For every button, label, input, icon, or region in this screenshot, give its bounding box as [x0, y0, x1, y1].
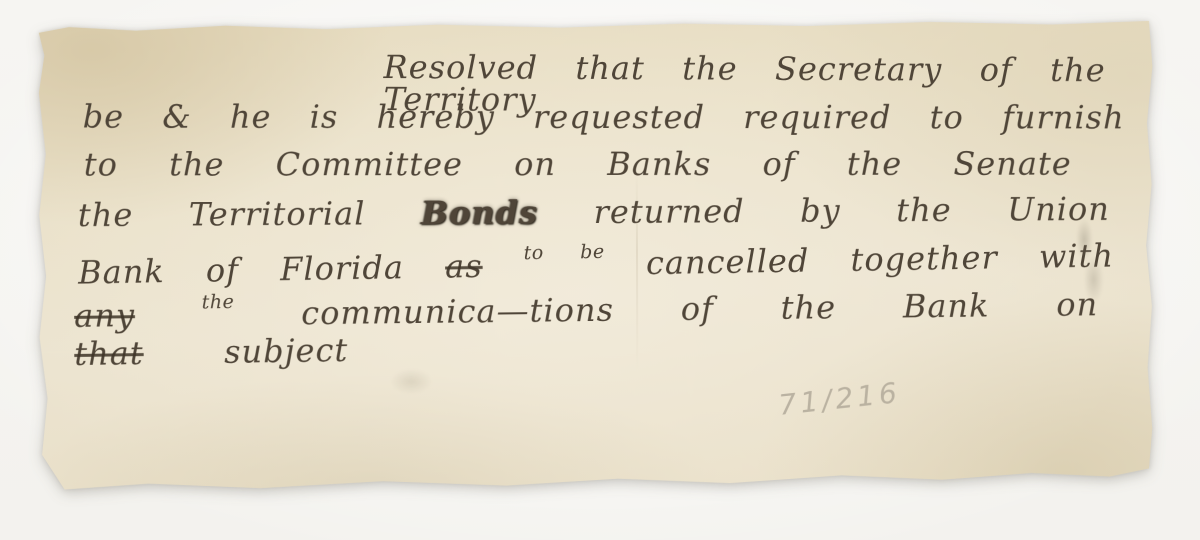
manuscript-line-6: any the communica—tions of the Bank on: [74, 283, 1098, 332]
photo-backdrop: Resolved that the Secretary of the Terri…: [0, 0, 1200, 540]
handwritten-text: Bank of Florida: [78, 248, 404, 291]
manuscript-paper: Resolved that the Secretary of the Terri…: [35, 20, 1154, 493]
struck-through-word: as: [445, 247, 483, 286]
handwritten-text: subject: [224, 331, 349, 371]
struck-through-word: that: [74, 334, 144, 373]
struck-through-word: any: [74, 296, 135, 335]
manuscript-line-5: Bank of Florida as to be cancelled toget…: [78, 234, 1114, 288]
archival-number: 71/216: [777, 376, 902, 422]
manuscript-line-4: the Territorial Bonds returned by the Un…: [78, 193, 1110, 231]
handwritten-text: returned by the Union: [593, 190, 1110, 231]
handwritten-text: to the Committee on Banks of the Senate: [84, 145, 1072, 184]
handwritten-text: cancelled together with: [646, 236, 1115, 282]
handwritten-text: be & he is hereby requested required to …: [83, 98, 1125, 137]
interlinear-insertion: the: [202, 291, 235, 313]
handwritten-text: the Territorial: [78, 194, 366, 234]
paper-shadow-wrapper: Resolved that the Secretary of the Terri…: [35, 20, 1154, 493]
ink-bleedthrough-smudge: [1066, 210, 1112, 310]
manuscript-line-3: to the Committee on Banks of the Senate: [84, 148, 1072, 181]
manuscript-line-7: that subject: [74, 334, 348, 370]
ink-blotted-word: Bonds: [421, 193, 538, 232]
faint-pencil-smudge: [366, 351, 456, 411]
handwritten-text: communica—tions of the Bank on: [301, 285, 1098, 332]
manuscript-line-2: be & he is hereby requested required to …: [83, 101, 1125, 134]
interlinear-insertion: to be: [523, 241, 604, 264]
